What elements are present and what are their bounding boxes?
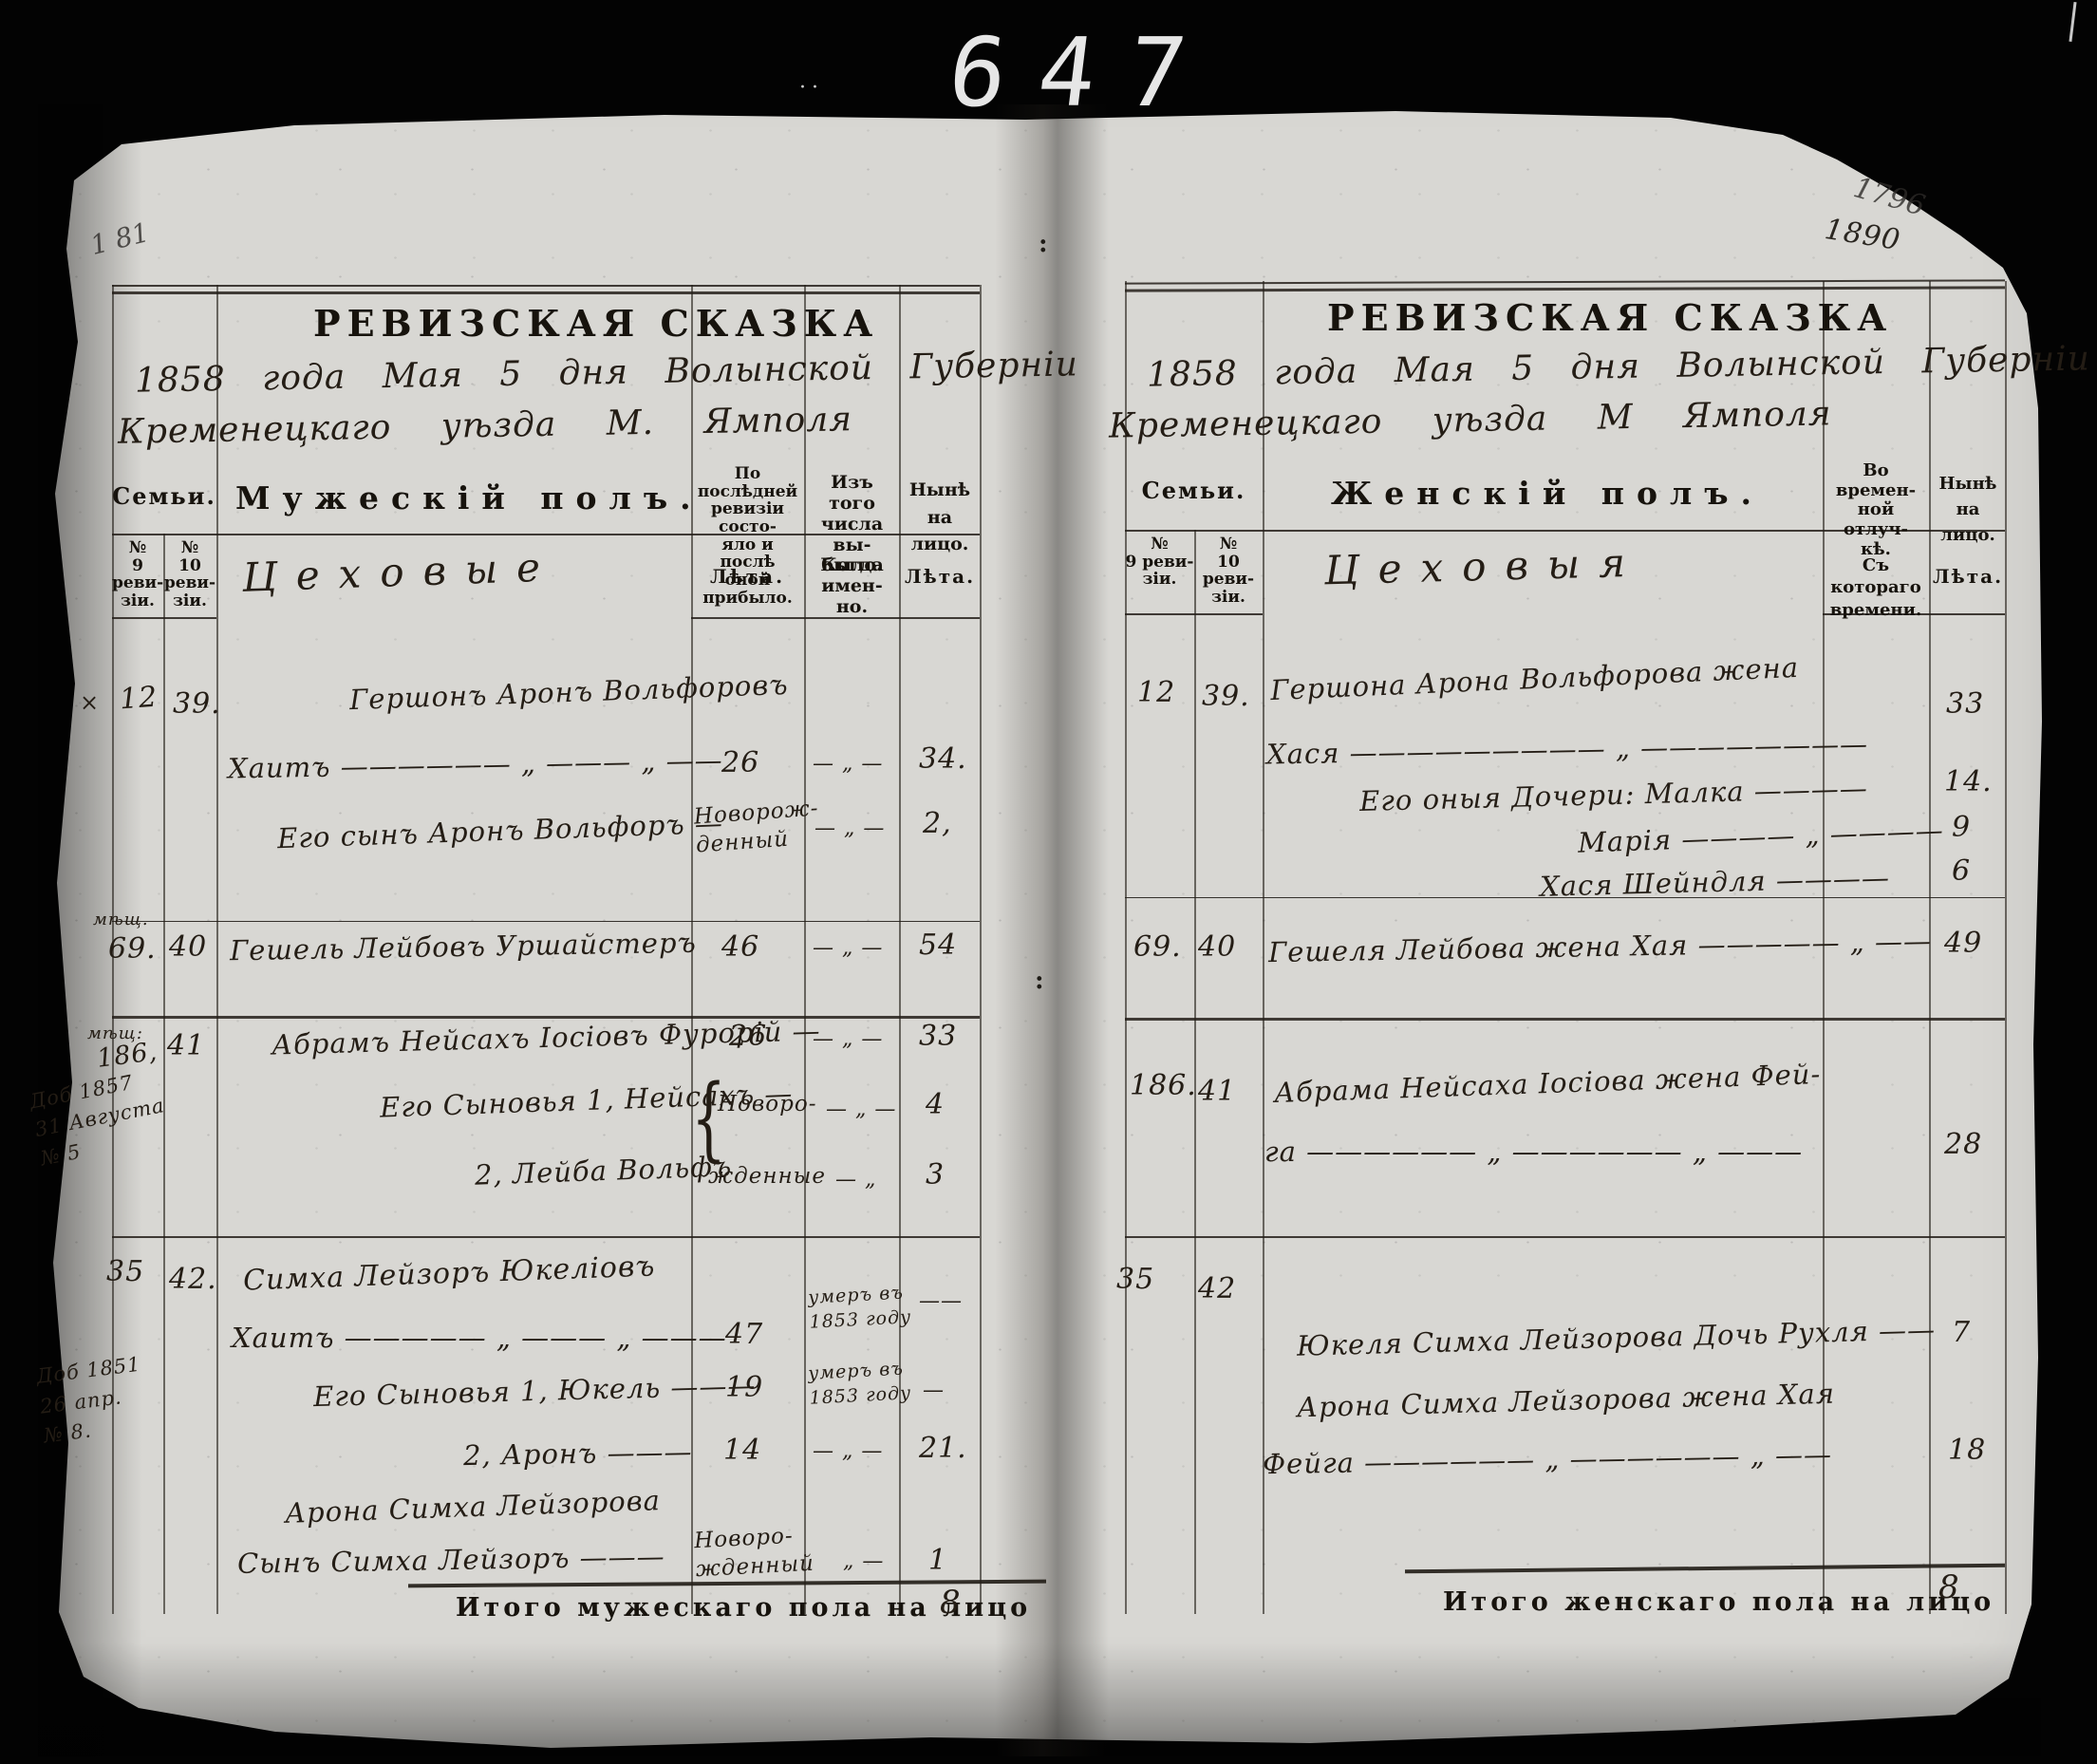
left-r1-no10: 39. <box>173 687 221 721</box>
right-r2-age-1: 49 <box>1944 927 1982 960</box>
left-r4-age-prev1: 47 <box>725 1318 763 1351</box>
right-r1-age-1: 33 <box>1946 687 1984 721</box>
left-header-family: Семьи. <box>112 482 216 510</box>
left-r1-ditto: — „ — <box>813 752 883 776</box>
right-r1-age-4: 6 <box>1952 854 1971 888</box>
right-r2-no9: 69. <box>1133 930 1182 964</box>
right-header-absence: Во времен- ной отлуч- кѣ. <box>1824 461 1928 559</box>
left-col-div-family <box>216 285 218 1614</box>
left-r3-newborn-1: Новоро- <box>718 1092 816 1117</box>
left-r1-no9: 12 <box>119 681 159 717</box>
left-r3-ditto2: — „ — <box>826 1098 896 1121</box>
right-header-rev10: № 10 реви- зіи. <box>1194 535 1263 607</box>
left-r3-age-now2: 4 <box>926 1088 945 1121</box>
right-total-value: 8 <box>1938 1568 1960 1606</box>
right-r3-no9: 186. <box>1130 1069 1197 1102</box>
right-border-right <box>2005 281 2007 1614</box>
left-r2-ditto: — „ — <box>813 936 883 960</box>
left-r1-age-prev: 26 <box>721 746 759 779</box>
right-total-label: Итого женскаго пола на лицо <box>1443 1587 1889 1617</box>
left-row-separator-2 <box>112 1016 980 1019</box>
right-page-title: РЕВИЗСКАЯ СКАЗКА <box>1327 296 1802 339</box>
left-r4-newborn: Новоро- жденный <box>694 1522 815 1585</box>
left-r4-name-4: 2, Аронъ ——— <box>463 1436 693 1472</box>
left-r4-when-1: умеръ въ 1853 году <box>808 1281 912 1335</box>
right-header-now-present: Нынѣ на лицо. <box>1931 471 2005 548</box>
right-r1-no9: 12 <box>1137 676 1175 709</box>
right-header-rev9: № 9 реви- зіи. <box>1125 535 1194 589</box>
left-r4-dash1: —— <box>919 1289 963 1313</box>
left-r1-ditto2: — „ — <box>814 816 885 840</box>
right-guild-note: Цеховыя <box>1323 539 1644 594</box>
right-r4-age-2: 18 <box>1948 1434 1986 1467</box>
left-r1-age-now2: 2, <box>923 807 952 840</box>
left-r2-no9: 69. <box>108 932 157 966</box>
right-header-since: Съ котораго времени. <box>1824 554 1928 621</box>
right-col-div-family <box>1263 281 1264 1614</box>
right-r2-no10: 40 <box>1198 930 1236 964</box>
right-r1-no10: 39. <box>1202 680 1250 713</box>
left-header-years-b: Лѣта. <box>901 565 979 588</box>
left-r4-ditto2: „ — <box>843 1549 884 1573</box>
left-r3-newborn-2: жденные <box>708 1164 826 1189</box>
left-r2-age-prev: 46 <box>721 930 759 964</box>
left-header-rev9: № 9 реви- зіи. <box>112 539 163 610</box>
right-r4-age-1: 7 <box>1952 1316 1971 1349</box>
left-header-male: Мужескій полъ. <box>235 479 672 516</box>
left-top-rule-outer <box>112 285 980 287</box>
left-r4-no9: 35 <box>106 1255 144 1288</box>
left-header-when: Когда имен- но. <box>806 555 898 618</box>
left-r4-ditto: — „ — <box>813 1439 883 1463</box>
left-r1-newborn: Новорож- денный <box>693 795 821 860</box>
left-r2-margin: мѣщ. <box>93 910 149 929</box>
left-r3-no10: 41 <box>167 1029 205 1062</box>
gutter-stitch-top: : <box>1039 230 1048 258</box>
right-r3-age-1: 28 <box>1944 1128 1982 1161</box>
right-header-family: Семьи. <box>1125 477 1263 504</box>
left-header-years-a: Лѣта. <box>692 565 803 588</box>
left-page-title: РЕВИЗСКАЯ СКАЗКА <box>313 302 788 345</box>
left-total-value: 8 <box>940 1584 962 1622</box>
left-r4-dash2: — <box>923 1379 945 1402</box>
left-r2-no10: 40 <box>169 930 207 964</box>
left-r4-no10: 42. <box>169 1263 217 1296</box>
left-r3-age-now3: 3 <box>926 1158 945 1192</box>
left-r3-age-now: 33 <box>919 1020 957 1053</box>
left-r4-age-now2: 1 <box>928 1544 947 1577</box>
left-total-label: Итого мужескаго пола на лицо <box>456 1593 902 1623</box>
left-col-div-rev <box>163 534 165 1614</box>
left-r4-age-now: 21. <box>919 1432 967 1465</box>
left-row-separator-3 <box>112 1236 980 1238</box>
right-r1-age-3: 9 <box>1952 811 1971 844</box>
left-r3-age-prev: 26 <box>729 1020 767 1053</box>
scan-edge-tick <box>2069 2 2076 42</box>
left-top-rule-inner <box>112 291 980 294</box>
right-row-separator-2 <box>1125 1018 2005 1021</box>
right-r4-no9: 35 <box>1116 1263 1154 1296</box>
left-r4-age-prev2: 19 <box>725 1371 763 1404</box>
right-row-separator-3 <box>1125 1236 2005 1238</box>
scan-artifact-dots: ·· <box>799 76 824 100</box>
left-r1-mark: × <box>80 689 100 716</box>
right-header-years: Лѣта. <box>1931 565 2005 588</box>
right-header-female: Женскій полъ. <box>1301 475 1794 512</box>
left-r1-age-now: 34. <box>919 742 967 776</box>
gutter-stitch-mid: : <box>1035 966 1044 995</box>
left-r4-margin: Доб 1851 26 апр. № 8. <box>35 1350 150 1452</box>
left-header-now-present: Нынѣ на лицо. <box>901 477 979 558</box>
left-r4-age-prev3: 14 <box>723 1434 761 1467</box>
left-r4-name-2: Хаитъ ————— „ ——— „ ——— <box>232 1322 727 1354</box>
left-header-rev10: № 10 реви- зіи. <box>163 539 216 610</box>
left-r4-when-2: умеръ въ 1853 году <box>808 1357 912 1411</box>
left-r2-age-now: 54 <box>919 929 957 962</box>
left-r3-ditto: — „ — <box>813 1027 883 1051</box>
right-r3-no10: 41 <box>1198 1075 1236 1108</box>
left-row-separator-1 <box>112 921 980 922</box>
left-border-right <box>980 285 982 1614</box>
left-r3-ditto3: — „ <box>835 1168 876 1192</box>
right-r4-no10: 42 <box>1198 1272 1236 1305</box>
right-r3-name-2: га —————— „ —————— „ ——— <box>1264 1135 1803 1168</box>
book-left-edge-shadow <box>38 104 142 1756</box>
right-r1-age-2: 14. <box>1944 765 1993 798</box>
